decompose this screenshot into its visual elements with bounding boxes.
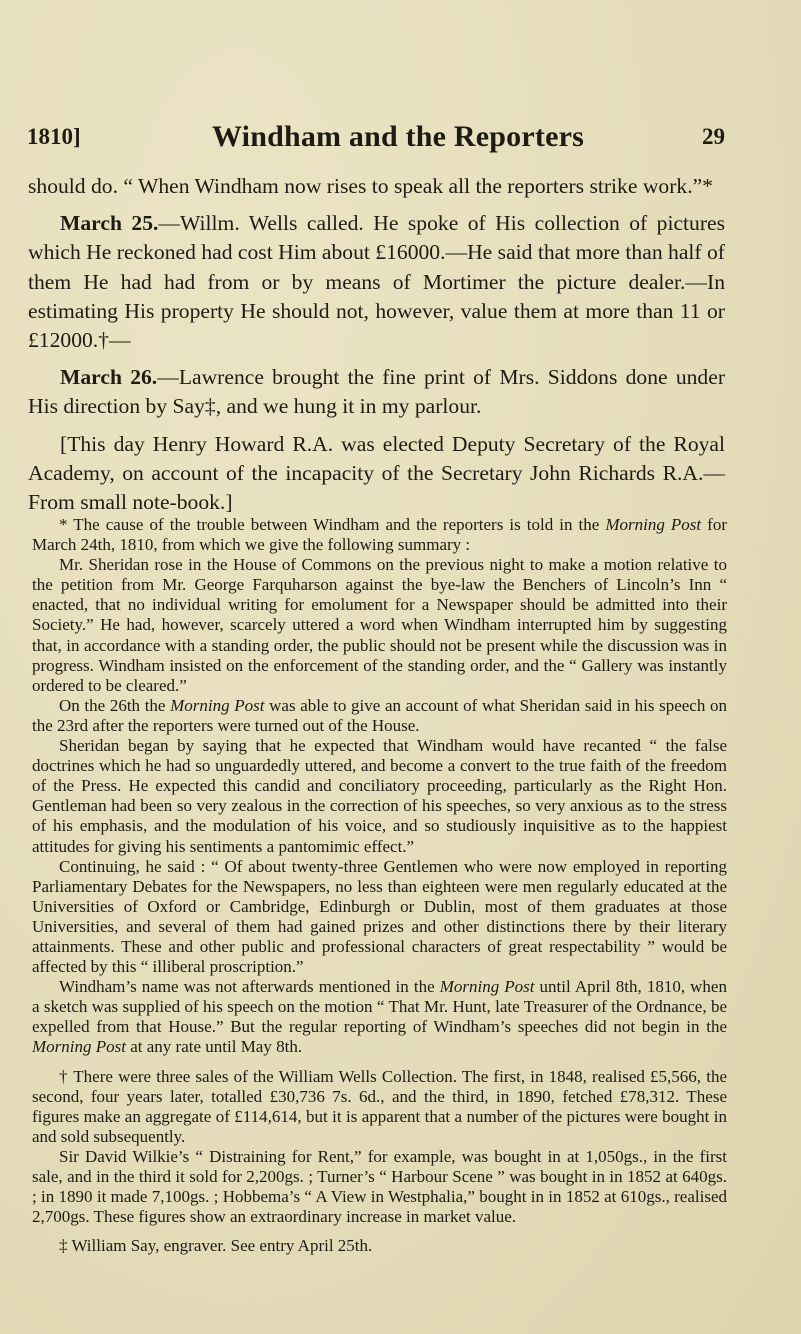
footnote-paragraph: Sir David Wilkie’s “ Distraining for Ren… [32, 1147, 727, 1227]
footnote-paragraph: Windham’s name was not afterwards mentio… [32, 977, 727, 1057]
footnote-paragraph: On the 26th the Morning Post was able to… [32, 696, 727, 736]
footnote-text: at any rate until May 8th. [126, 1037, 302, 1056]
header-title: Windham and the Reporters [212, 120, 584, 154]
footnote-paragraph: Mr. Sheridan rose in the House of Common… [32, 555, 727, 696]
main-text: should do. “ When Windham now rises to s… [28, 172, 725, 525]
footnote-star: * The cause of the trouble between Windh… [32, 515, 727, 555]
diary-entry-march-26: March 26.—Lawrence brought the fine prin… [28, 363, 725, 421]
running-header: 1810] Windham and the Reporters 29 [27, 120, 727, 160]
newspaper-title: Morning Post [32, 1037, 126, 1056]
bracketed-note: [This day Henry Howard R.A. was elected … [28, 430, 725, 518]
footnote-text: Windham’s name was not afterwards mentio… [59, 977, 440, 996]
footnote-text: * The cause of the trouble between Windh… [59, 515, 605, 534]
entry-date: March 26. [60, 365, 157, 389]
footnote-dagger: † There were three sales of the William … [32, 1067, 727, 1147]
footnote-paragraph: Sheridan began by saying that he expecte… [32, 736, 727, 857]
header-year: 1810] [27, 124, 81, 150]
footnote-paragraph: Continuing, he said : “ Of about twenty-… [32, 857, 727, 978]
newspaper-title: Morning Post [440, 977, 535, 996]
footnote-double-dagger: ‡ William Say, engraver. See entry April… [32, 1236, 727, 1256]
page-number: 29 [702, 124, 725, 150]
diary-entry-march-25: March 25.—Willm. Wells called. He spoke … [28, 209, 725, 355]
footnote-text: On the 26th the [59, 696, 170, 715]
footnotes: * The cause of the trouble between Windh… [32, 515, 727, 1256]
newspaper-title: Morning Post [170, 696, 264, 715]
entry-date: March 25. [60, 211, 158, 235]
newspaper-title: Morning Post [605, 515, 701, 534]
continued-paragraph: should do. “ When Windham now rises to s… [28, 172, 725, 201]
